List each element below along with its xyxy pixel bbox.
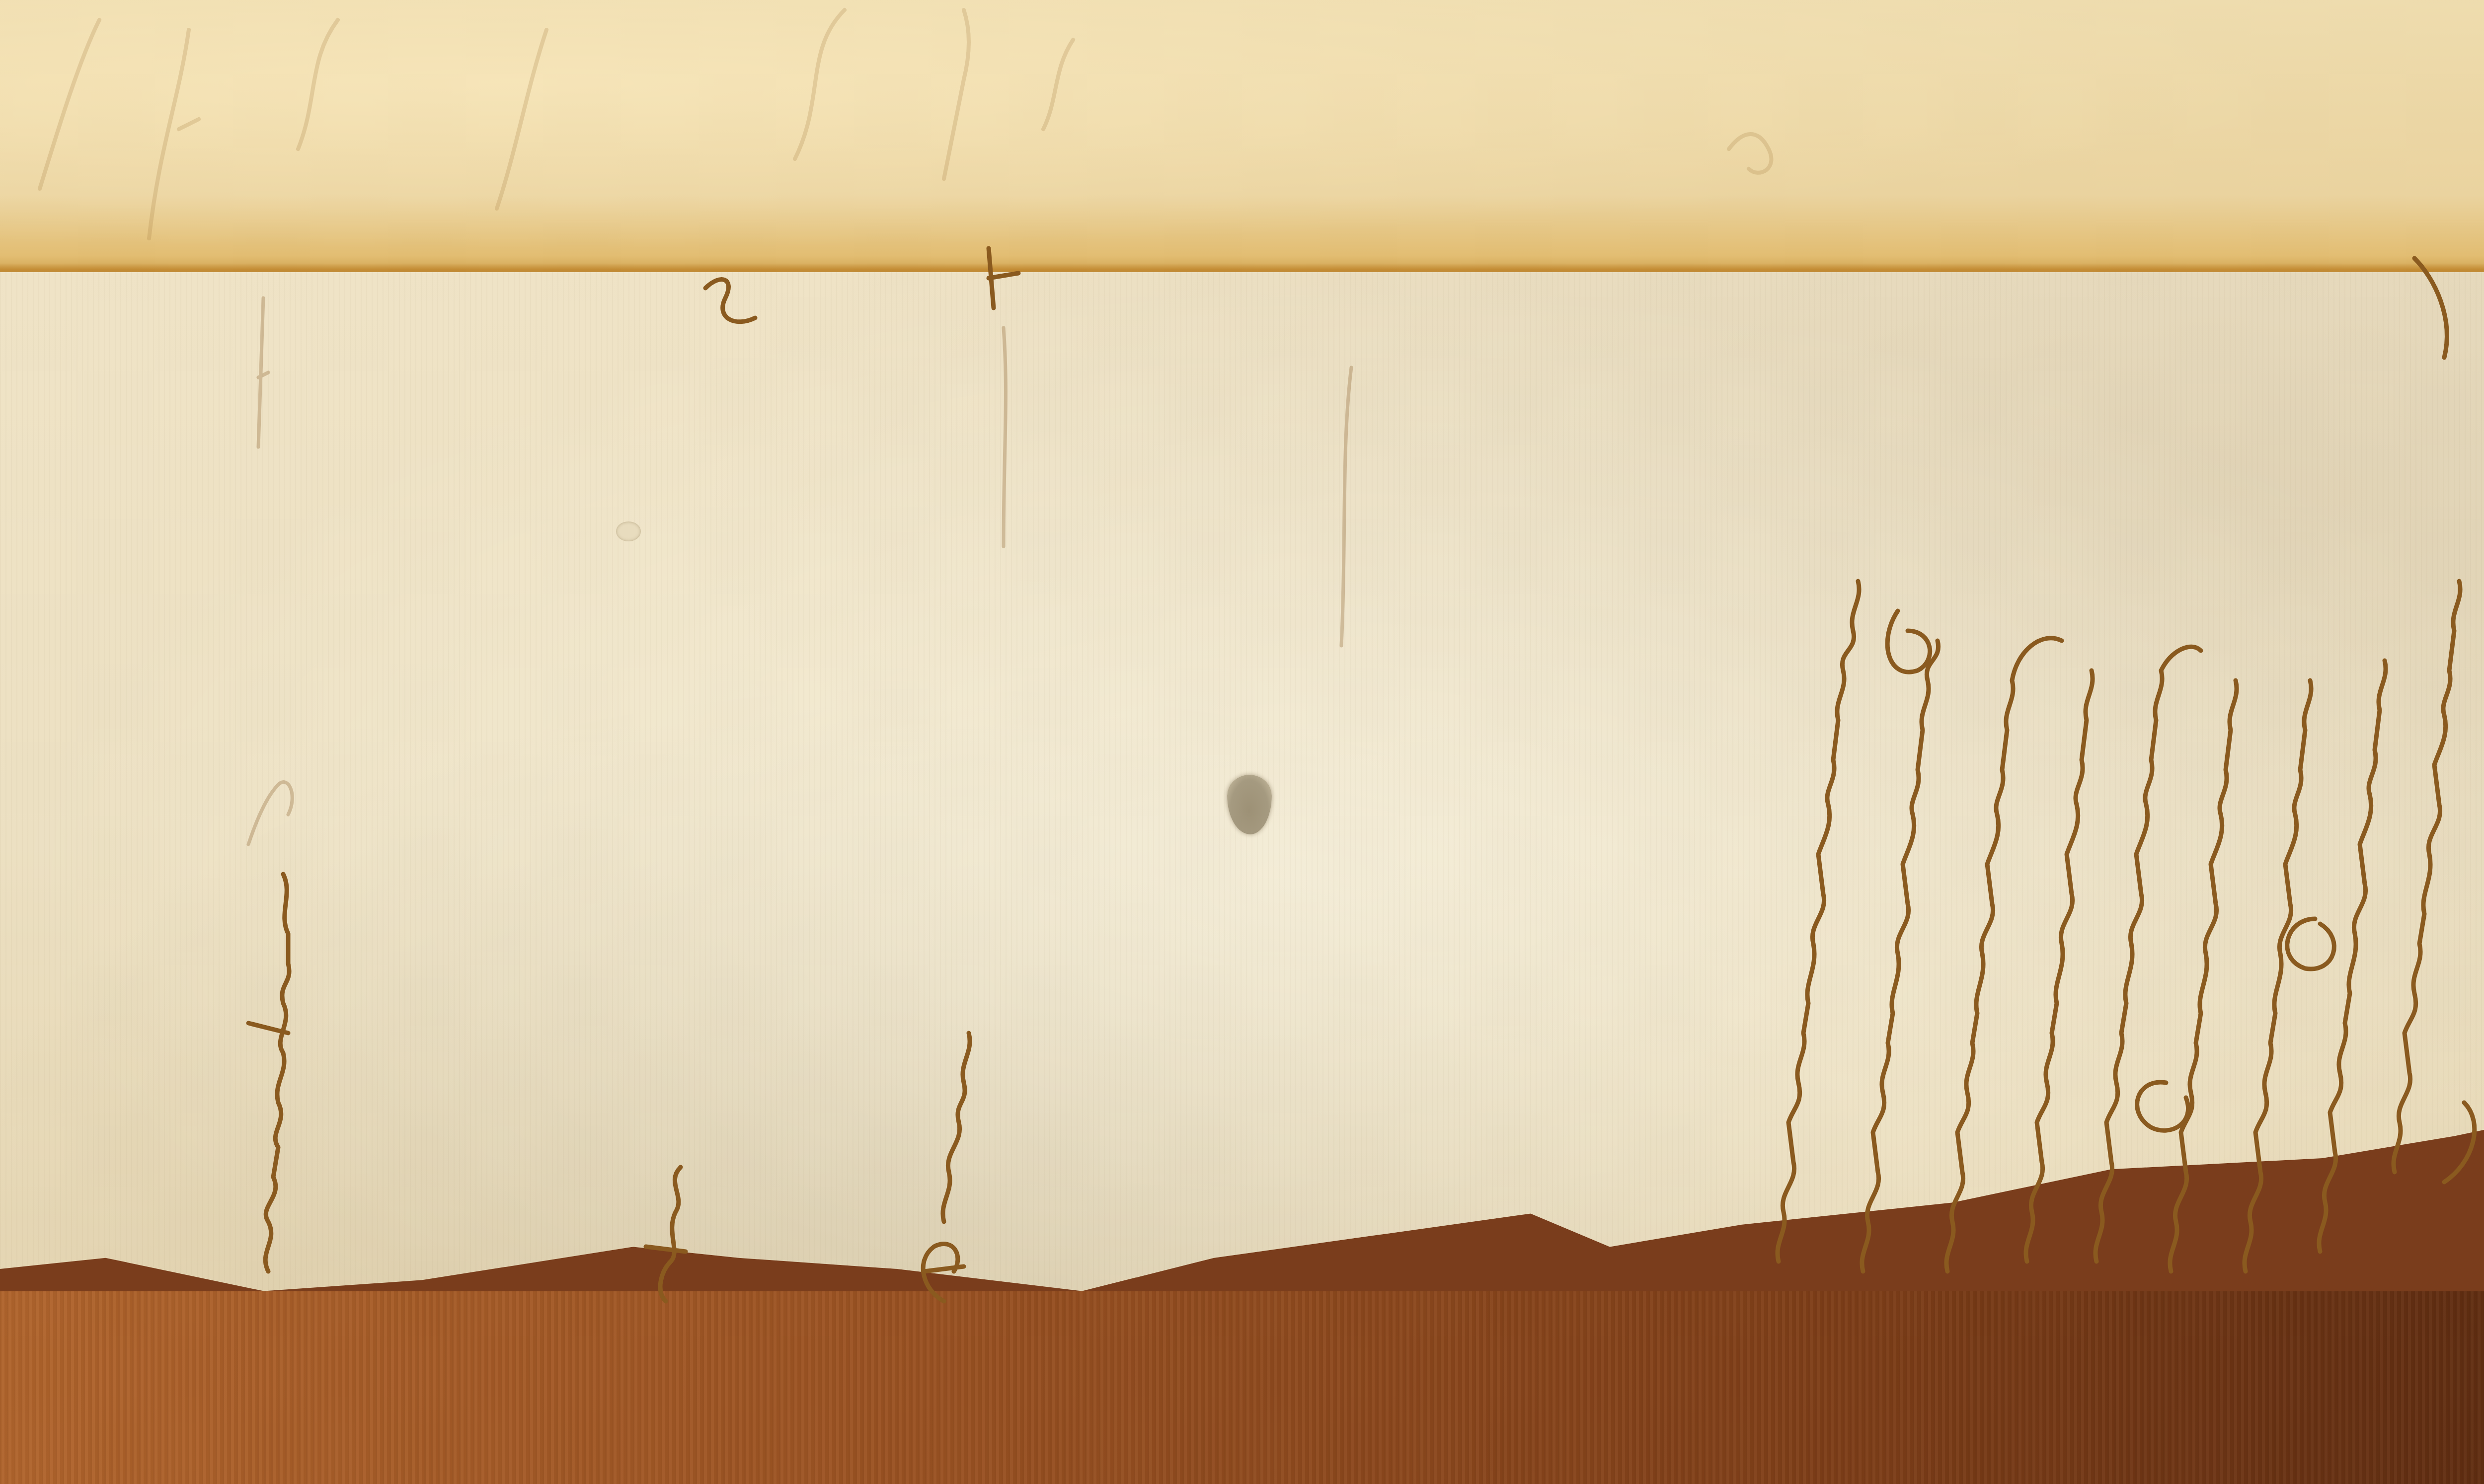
wooden-table: [0, 1291, 2484, 1484]
facing-page: Facing page with faint bleed-through wri…: [0, 0, 2484, 278]
manuscript-photo: Facing page with faint bleed-through wri…: [0, 0, 2484, 1484]
paper-blemish: [616, 521, 641, 541]
